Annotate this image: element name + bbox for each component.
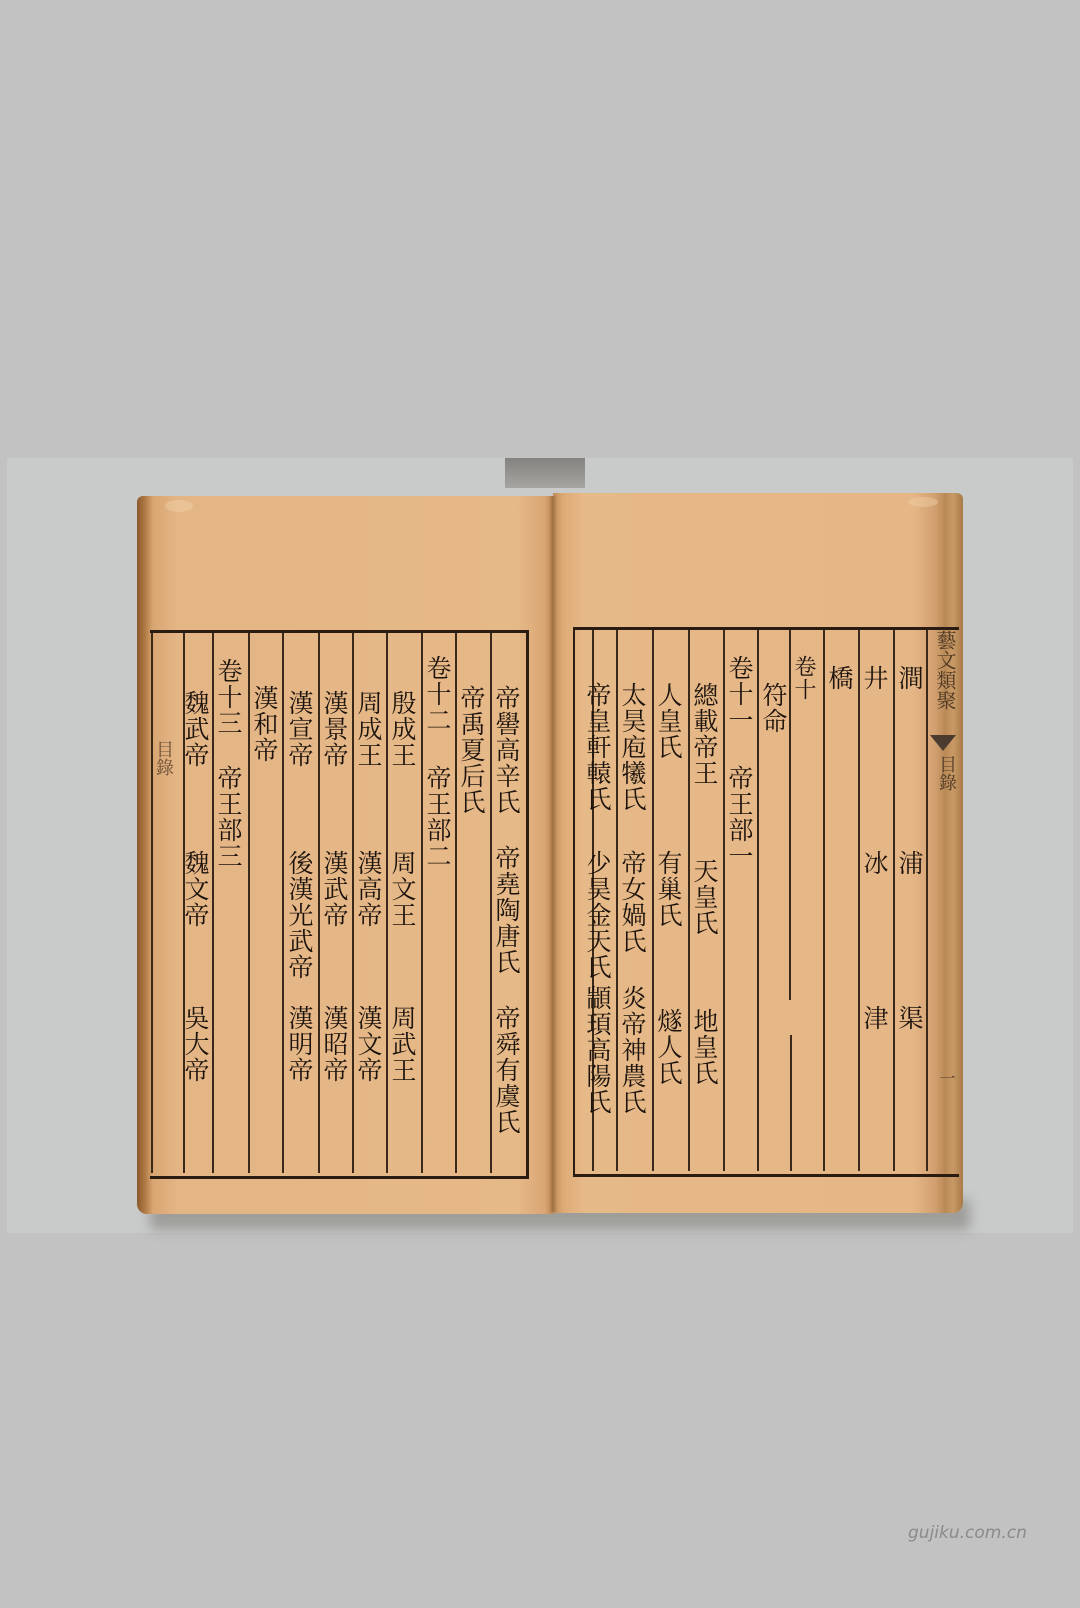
text-column: 地皇氏 — [689, 1008, 719, 1086]
text-column: 帝禹夏后氏 — [456, 685, 486, 815]
text-column: 總載帝王 — [689, 682, 719, 786]
section-margin: 目錄 — [933, 755, 959, 791]
text-column: 吳大帝 — [180, 1005, 210, 1083]
text-column: 橋 — [824, 665, 854, 691]
text-column: 漢宣帝 — [284, 690, 314, 768]
text-column: 津 — [859, 1005, 889, 1031]
text-column: 漢明帝 — [284, 1005, 314, 1083]
text-column: 殷成王 — [387, 690, 417, 768]
paper-wear — [165, 500, 193, 512]
text-column: 周武王 — [387, 1005, 417, 1083]
juan-heading: 卷十 — [790, 655, 816, 701]
juan-heading: 卷十二 — [422, 655, 452, 733]
text-column: 後漢光武帝 — [284, 850, 314, 980]
column-rule — [790, 1035, 792, 1171]
text-column: 顓頊高陽氏 — [582, 985, 612, 1115]
section-heading: 帝王部一 — [724, 765, 754, 869]
text-column: 帝皇軒轅氏 — [582, 682, 612, 812]
text-column: 漢高帝 — [353, 850, 383, 928]
spine-shadow — [505, 458, 585, 488]
text-column: 人皇氏 — [653, 682, 683, 760]
text-column: 漢昭帝 — [319, 1005, 349, 1083]
juan-heading: 卷十一 — [724, 655, 754, 733]
folio-number: 一 — [935, 1070, 958, 1086]
text-column: 渠 — [894, 1005, 924, 1031]
text-column: 魏文帝 — [180, 850, 210, 928]
text-column: 澗 — [894, 665, 924, 691]
text-column: 帝堯陶唐氏 — [491, 845, 521, 975]
left-margin-label: 目錄 — [150, 740, 176, 776]
fish-tail-mark — [930, 735, 956, 751]
text-column: 帝嚳高辛氏 — [491, 685, 521, 815]
column-rule — [823, 630, 825, 1171]
text-column: 炎帝神農氏 — [617, 985, 647, 1115]
text-column: 帝舜有虞氏 — [491, 1005, 521, 1135]
text-column: 符命 — [758, 682, 788, 734]
text-column: 魏武帝 — [180, 690, 210, 768]
text-column: 周文王 — [387, 850, 417, 928]
column-rule — [893, 630, 895, 1171]
text-column: 周成王 — [353, 690, 383, 768]
text-column: 少昊金天氏 — [582, 850, 612, 980]
book-title-margin: 藝文類聚 — [931, 630, 960, 710]
juan-heading: 卷十三 — [213, 658, 243, 736]
paper-wear — [908, 497, 938, 507]
text-column: 太昊庖犧氏 — [617, 682, 647, 812]
section-heading: 帝王部二 — [422, 765, 452, 869]
watermark: gujiku.com.cn — [908, 1523, 1027, 1543]
text-column: 浦 — [894, 850, 924, 876]
text-column: 冰 — [859, 850, 889, 876]
text-column: 燧人氏 — [653, 1008, 683, 1086]
column-rule — [151, 633, 153, 1173]
text-column: 漢文帝 — [353, 1005, 383, 1083]
section-heading: 帝王部三 — [213, 765, 243, 869]
column-rule — [858, 630, 860, 1171]
book-gutter — [549, 496, 557, 1212]
text-column: 帝女媧氏 — [617, 850, 647, 954]
text-column: 漢和帝 — [249, 685, 279, 763]
text-column: 漢武帝 — [319, 850, 349, 928]
column-rule — [926, 630, 928, 1171]
text-column: 井 — [859, 665, 889, 691]
text-column: 漢景帝 — [319, 690, 349, 768]
text-column: 天皇氏 — [689, 858, 719, 936]
text-column: 有巢氏 — [653, 850, 683, 928]
